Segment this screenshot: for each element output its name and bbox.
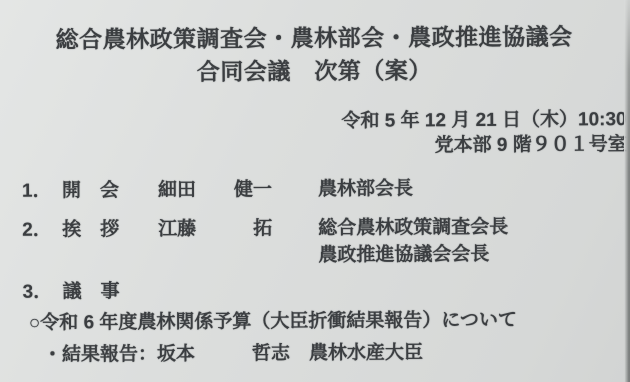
item-label: 開 会 (62, 177, 158, 205)
meeting-datetime: 令和 5 年 12 月 21 日（木）10:30 (341, 107, 626, 134)
paper-sheet: 総合農林政策調査会・農林部会・農政推進協議会 合同会議 次第（案） 令和 5 年… (0, 0, 630, 382)
attendee-role: 農林部会長 (318, 174, 630, 203)
attendee-name: 江藤 拓 (158, 215, 318, 243)
item-number: 3． (23, 279, 63, 306)
attendee-roles: 総合農林政策調査会長 農政推進協議会会長 (318, 213, 630, 269)
document-title-line1: 総合農林政策調査会・農林部会・農政推進協議会 (0, 20, 629, 57)
agenda-item-row: 2． 挨 拶 江藤 拓 総合農林政策調査会長 農政推進協議会会長 (0, 213, 630, 271)
item-number: 2． (22, 217, 62, 244)
item-label: 挨 拶 (62, 216, 158, 244)
item-label: 議 事 (63, 278, 159, 306)
agenda-reporter: ・結果報告：坂本 哲志 農林水産大臣 (43, 337, 423, 366)
agenda-item-row: 1． 開 会 細田 健一 農林部会長 (0, 174, 630, 205)
paper-edge-shadow (624, 0, 630, 382)
item-number: 1． (22, 178, 62, 205)
attendee-role (319, 275, 630, 277)
agenda-item-row: 3． 議 事 (1, 275, 630, 306)
attendee-role: 農政推進協議会会長 (318, 240, 630, 269)
meeting-venue: 党本部 9 階９０１号室 (342, 132, 627, 159)
attendee-name (159, 277, 319, 278)
document-title-line2: 合同会議 次第（案） (0, 53, 629, 90)
attendee-role: 総合農林政策調査会長 (318, 213, 630, 242)
agenda-topic: ○令和 6 年度農林関係予算（大臣折衝結果報告）について (29, 305, 517, 335)
document-title: 総合農林政策調査会・農林部会・農政推進協議会 合同会議 次第（案） (0, 20, 629, 90)
attendee-name: 細田 健一 (158, 176, 318, 204)
meeting-meta: 令和 5 年 12 月 21 日（木）10:30 党本部 9 階９０１号室 (341, 107, 626, 159)
document-content: 総合農林政策調査会・農林部会・農政推進協議会 合同会議 次第（案） 令和 5 年… (0, 0, 630, 382)
